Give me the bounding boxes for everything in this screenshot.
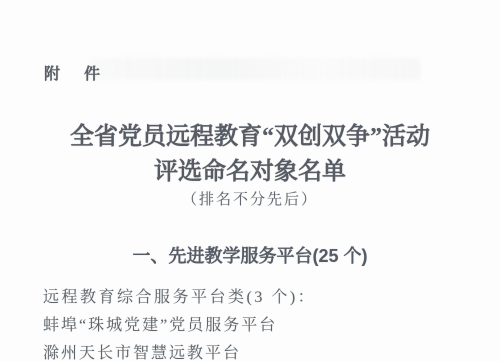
document-title-line2: 评选命名对象名单 bbox=[0, 151, 500, 186]
list-item-platform: 滁州天长市智慧远教平台 bbox=[43, 340, 241, 362]
list-item-platform: 蚌埠“珠城党建”党员服务平台 bbox=[43, 312, 277, 335]
document-subtitle-ranking-note: （排名不分先后） bbox=[0, 188, 500, 209]
category-heading-comprehensive-service-platforms: 远程教育综合服务平台类(3 个)： bbox=[43, 284, 316, 307]
document-title-line1: 全省党员远程教育“双创双争”活动 bbox=[0, 116, 500, 151]
section-heading-advanced-teaching-platforms: 一、先进教学服务平台(25 个) bbox=[0, 242, 500, 268]
scanned-document-page: 附 件 全省党员远程教育“双创双争”活动 评选命名对象名单 （排名不分先后） 一… bbox=[0, 0, 500, 362]
attachment-label: 附 件 bbox=[44, 61, 104, 84]
